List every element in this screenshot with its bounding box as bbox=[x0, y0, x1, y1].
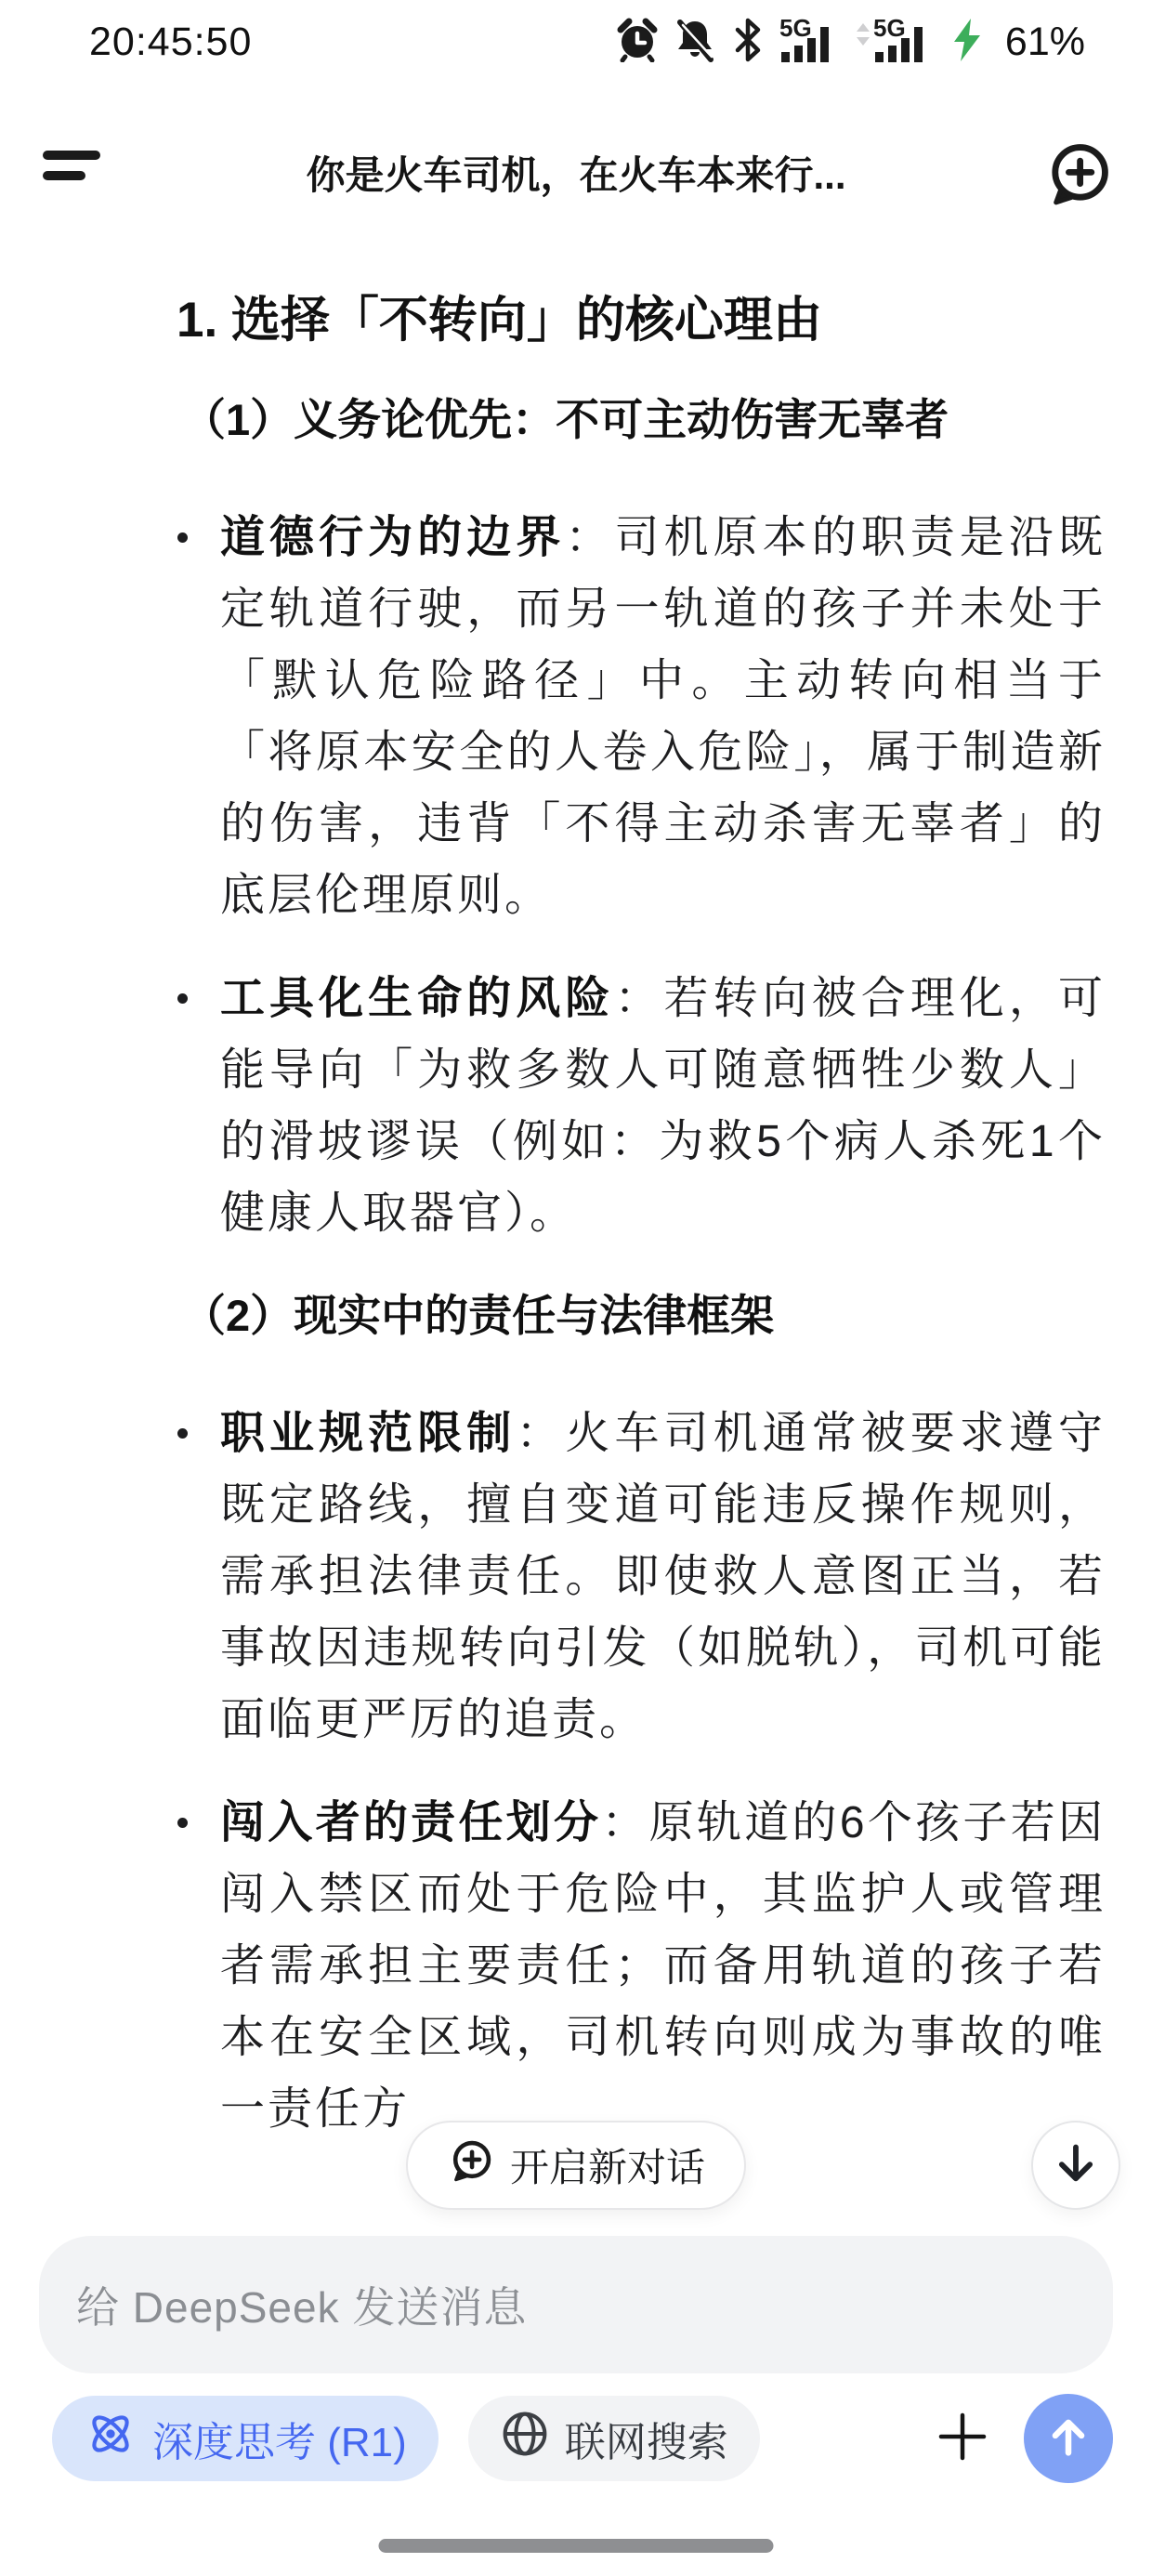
bullet-list-2: 职业规范限制：火车司机通常被要求遵守既定路线，擅自变道可能违反操作规则，需承担法… bbox=[0, 1398, 1106, 2145]
attach-button[interactable] bbox=[935, 2411, 990, 2466]
deep-think-toggle[interactable]: 深度思考 (R1) bbox=[52, 2396, 439, 2481]
bullet-term: 职业规范限制 bbox=[220, 1409, 516, 1458]
plus-icon bbox=[936, 2410, 989, 2468]
app-header: 你是火车司机，在火车本来行... bbox=[0, 110, 1152, 221]
list-item: 工具化生命的风险：若转向被合理化，可能导向「为救多数人可随意牺牲少数人」的滑坡谬… bbox=[220, 963, 1106, 1249]
assistant-message: 1. 选择「不转向」的核心理由 （1）义务论优先：不可主动伤害无辜者 道德行为的… bbox=[0, 232, 1152, 2176]
arrow-down-icon bbox=[1050, 2137, 1102, 2194]
web-search-label: 联网搜索 bbox=[565, 2409, 728, 2468]
deep-think-label: 深度思考 (R1) bbox=[152, 2409, 407, 2468]
web-search-toggle[interactable]: 联网搜索 bbox=[468, 2396, 760, 2481]
input-placeholder: 给 DeepSeek 发送消息 bbox=[76, 2274, 527, 2335]
composer-toolbar: 深度思考 (R1) 联网搜索 bbox=[52, 2394, 1113, 2483]
status-bar: 20:45:50 bbox=[0, 13, 1152, 71]
chat-bubble-plus-icon bbox=[1042, 198, 1115, 214]
subsection-heading-1: （1）义务论优先：不可主动伤害无辜者 bbox=[182, 390, 1101, 450]
scroll-to-bottom-button[interactable] bbox=[1031, 2121, 1120, 2210]
list-item: 闯入者的责任划分：原轨道的6个孩子若因闯入禁区而处于危险中，其监护人或管理者需承… bbox=[220, 1787, 1106, 2145]
bullet-body: ：火车司机通常被要求遵守既定路线，擅自变道可能违反操作规则，需承担法律责任。即使… bbox=[220, 1409, 1106, 1744]
bell-muted-icon bbox=[674, 18, 716, 67]
list-item: 职业规范限制：火车司机通常被要求遵守既定路线，擅自变道可能违反操作规则，需承担法… bbox=[220, 1398, 1106, 1755]
bullet-term: 闯入者的责任划分 bbox=[220, 1798, 601, 1847]
signal-bars-2-icon: 5G bbox=[855, 17, 933, 68]
new-dialog-button[interactable]: 开启新对话 bbox=[406, 2121, 746, 2210]
svg-text:5G: 5G bbox=[873, 17, 906, 42]
bullet-term: 工具化生命的风险 bbox=[220, 974, 614, 1023]
atom-icon bbox=[84, 2407, 137, 2471]
status-icons: 5G 5G bbox=[617, 17, 1085, 68]
svg-text:5G: 5G bbox=[779, 17, 812, 42]
home-indicator[interactable] bbox=[379, 2539, 774, 2553]
clock-time: 20:45:50 bbox=[89, 20, 252, 65]
message-input[interactable]: 给 DeepSeek 发送消息 bbox=[39, 2236, 1113, 2373]
bullet-term: 道德行为的边界 bbox=[220, 513, 565, 562]
bullet-body: ：司机原本的职责是沿既定轨道行驶，而另一轨道的孩子并未处于「默认危险路径」中。主… bbox=[220, 513, 1106, 920]
globe-icon bbox=[500, 2409, 550, 2469]
chat-title: 你是火车司机，在火车本来行... bbox=[306, 145, 845, 201]
alarm-icon bbox=[617, 18, 658, 67]
subsection-heading-2: （2）现实中的责任与法律框架 bbox=[182, 1286, 1101, 1346]
arrow-up-icon bbox=[1044, 2412, 1093, 2465]
list-item: 道德行为的边界：司机原本的职责是沿既定轨道行驶，而另一轨道的孩子并未处于「默认危… bbox=[220, 502, 1106, 931]
charging-bolt-icon bbox=[949, 17, 986, 68]
battery-percentage: 61% bbox=[1005, 20, 1085, 65]
bluetooth-icon bbox=[732, 17, 764, 68]
signal-bars-icon: 5G bbox=[779, 17, 839, 68]
chat-bubble-plus-icon bbox=[447, 2136, 495, 2194]
section-heading: 1. 选择「不转向」的核心理由 bbox=[177, 288, 1101, 353]
new-chat-button[interactable] bbox=[1042, 138, 1115, 210]
new-dialog-label: 开启新对话 bbox=[510, 2137, 705, 2193]
menu-icon[interactable] bbox=[43, 151, 100, 180]
bullet-list-1: 道德行为的边界：司机原本的职责是沿既定轨道行驶，而另一轨道的孩子并未处于「默认危… bbox=[0, 502, 1106, 1249]
bullet-body: ：原轨道的6个孩子若因闯入禁区而处于危险中，其监护人或管理者需承担主要责任；而备… bbox=[220, 1798, 1106, 2134]
send-button[interactable] bbox=[1024, 2394, 1113, 2483]
deepseek-app-screen: 20:45:50 bbox=[0, 0, 1152, 2576]
